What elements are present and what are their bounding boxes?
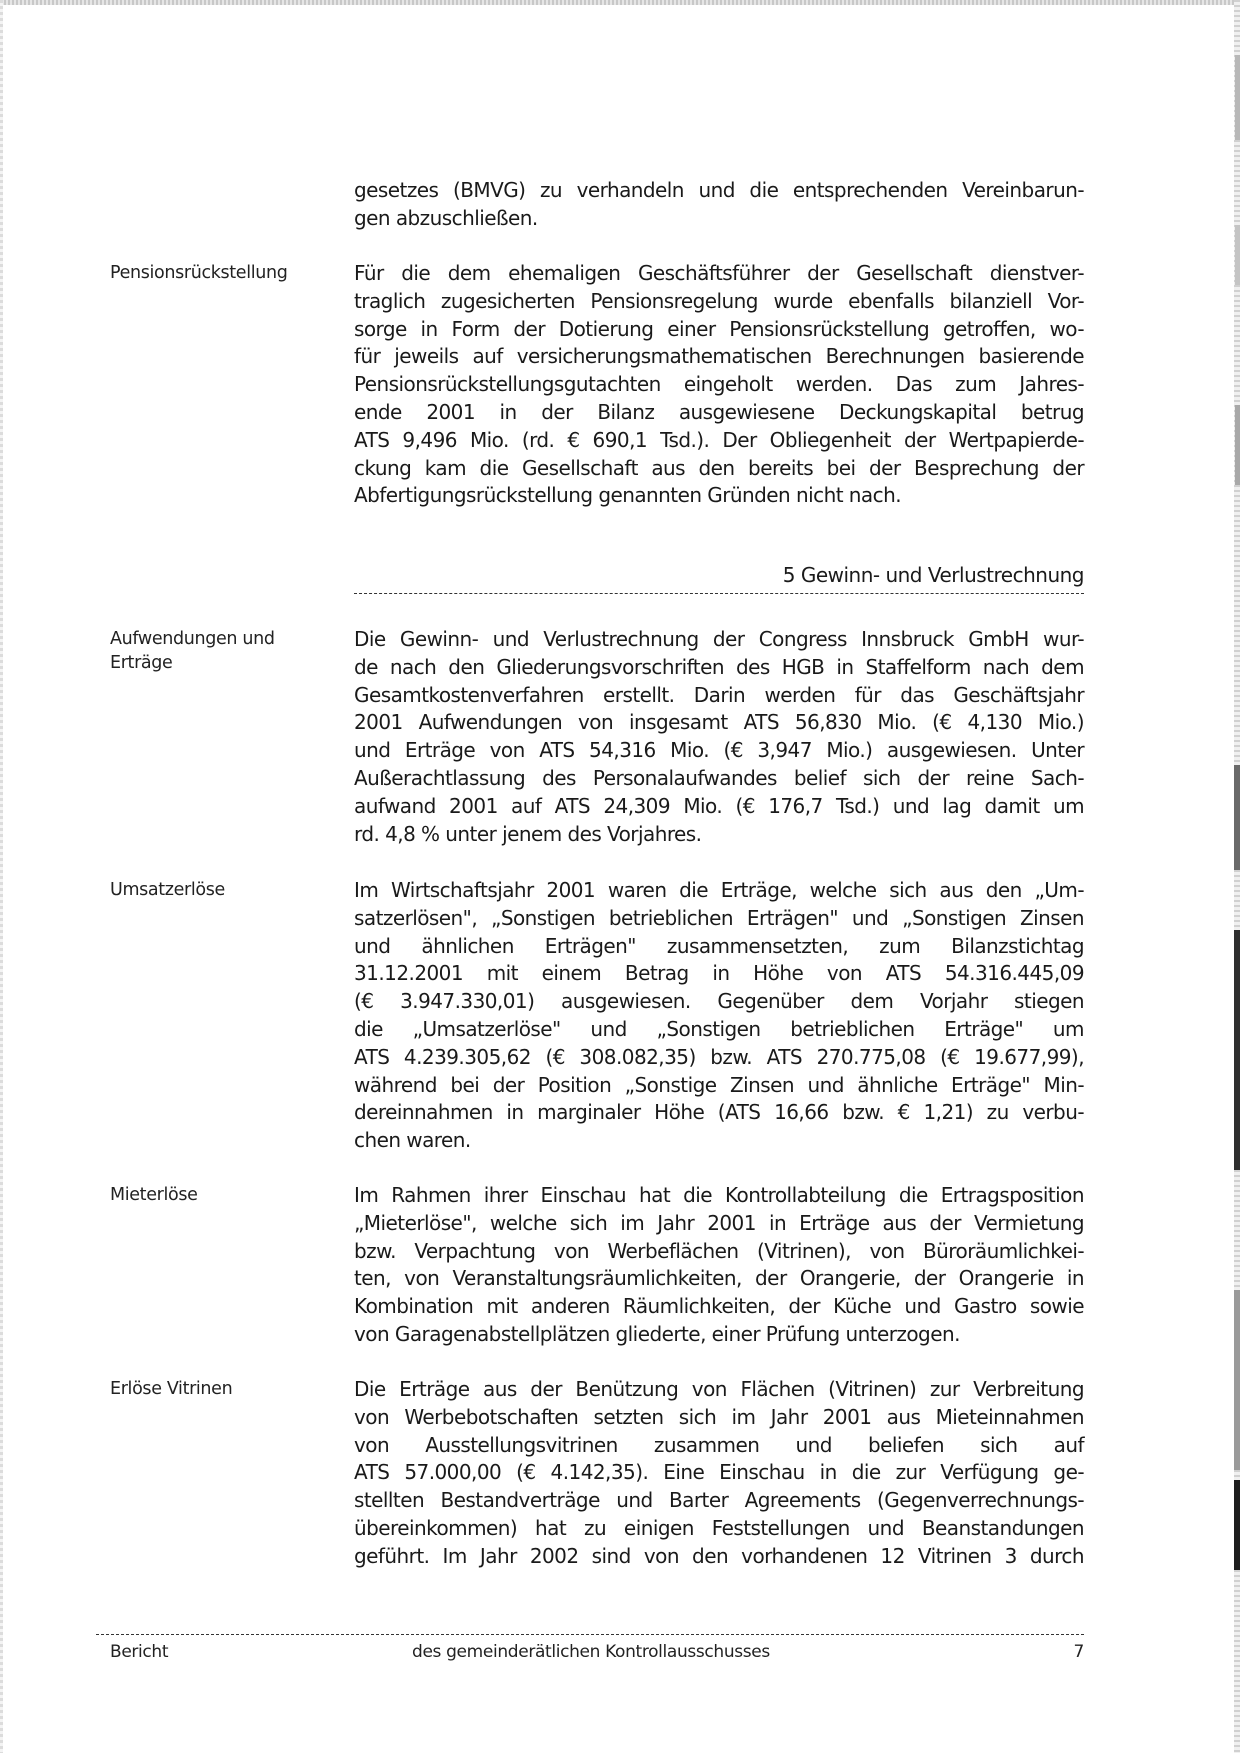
text-line: traglich zugesicherten Pensionsregelung … [354,288,1084,316]
text-line: gesetzes (BMVG) zu verhandeln und die en… [354,177,1084,205]
text-line: ten, von Veranstaltungsräumlichkeiten, d… [354,1265,1084,1293]
text-line: Abfertigungsrückstellung genannten Gründ… [354,482,1084,510]
scan-edge-mark [1234,930,1240,1170]
text-line: Die Erträge aus der Benützung von Fläche… [354,1376,1084,1404]
margin-label-line: Erlöse Vitrinen [110,1377,330,1401]
text-line: chen waren. [354,1127,1084,1155]
text-line: Im Wirtschaftsjahr 2001 waren die Erträg… [354,877,1084,905]
margin-label-line: Mieterlöse [110,1183,330,1207]
margin-label-erloese-vitrinen: Erlöse Vitrinen [110,1377,330,1401]
text-line: Gesamtkostenverfahren erstellt. Darin we… [354,682,1084,710]
paragraph-aufwendungen-und-ertraege: Die Gewinn- und Verlustrechnung der Cong… [354,626,1084,848]
scan-edge-mark [1235,55,1240,140]
text-line: „Mieterlöse", welche sich im Jahr 2001 i… [354,1210,1084,1238]
footer-center-text: des gemeinderätlichen Kontrollausschusse… [412,1642,770,1662]
text-line: Die Gewinn- und Verlustrechnung der Cong… [354,626,1084,654]
text-line: ATS 57.000,00 (€ 4.142,35). Eine Einscha… [354,1459,1084,1487]
scan-edge-mark [1235,225,1240,285]
footer-rule [96,1634,1084,1635]
text-line: Pensionsrückstellungsgutachten eingeholt… [354,371,1084,399]
text-line: übereinkommen) hat zu einigen Feststellu… [354,1515,1084,1543]
text-line: Im Rahmen ihrer Einschau hat die Kontrol… [354,1182,1084,1210]
page-number: 7 [1074,1642,1084,1662]
margin-label-line: Aufwendungen und [110,627,330,651]
scan-edge-mark [1234,765,1240,870]
scan-edge-top [0,0,1240,5]
text-line: Für die dem ehemaligen Geschäftsführer d… [354,260,1084,288]
text-line: ende 2001 in der Bilanz ausgewiesene Dec… [354,399,1084,427]
text-line: sorge in Form der Dotierung einer Pensio… [354,316,1084,344]
text-line: Kombination mit anderen Räumlichkeiten, … [354,1293,1084,1321]
text-line: gen abzuschließen. [354,205,1084,233]
text-line: von Ausstellungsvitrinen zusammen und be… [354,1432,1084,1460]
margin-label-line: Erträge [110,651,330,675]
text-line: und Erträge von ATS 54,316 Mio. (€ 3,947… [354,737,1084,765]
footer-left-text: Bericht [110,1642,168,1662]
text-line: geführt. Im Jahr 2002 sind von den vorha… [354,1543,1084,1571]
text-line: 31.12.2001 mit einem Betrag in Höhe von … [354,960,1084,988]
text-line: aufwand 2001 auf ATS 24,309 Mio. (€ 176,… [354,793,1084,821]
paragraph-umsatzerloese: Im Wirtschaftsjahr 2001 waren die Erträg… [354,877,1084,1155]
text-line: 2001 Aufwendungen von insgesamt ATS 56,8… [354,709,1084,737]
margin-label-line: Umsatzerlöse [110,878,330,902]
text-line: von Garagenabstellplätzen gliederte, ein… [354,1321,1084,1349]
text-line: stellten Bestandverträge und Barter Agre… [354,1487,1084,1515]
text-line: ckung kam die Gesellschaft aus den berei… [354,455,1084,483]
text-line: während bei der Position „Sonstige Zinse… [354,1072,1084,1100]
margin-label-mieterloese: Mieterlöse [110,1183,330,1207]
scan-edge-mark [1235,405,1240,485]
margin-label-umsatzerloese: Umsatzerlöse [110,878,330,902]
text-line: satzerlösen", „Sonstigen betrieblichen E… [354,905,1084,933]
paragraph-mieterloese: Im Rahmen ihrer Einschau hat die Kontrol… [354,1182,1084,1349]
chapter-heading-rule [354,593,1084,594]
scan-edge-left [0,0,3,1753]
text-line: ATS 4.239.305,62 (€ 308.082,35) bzw. ATS… [354,1044,1084,1072]
paragraph-pensionsrueckstellung: Für die dem ehemaligen Geschäftsführer d… [354,260,1084,510]
text-line: die „Umsatzerlöse" und „Sonstigen betrie… [354,1016,1084,1044]
margin-label-aufwendungen-und-ertraege: Aufwendungen und Erträge [110,627,330,675]
intro-paragraph: gesetzes (BMVG) zu verhandeln und die en… [354,177,1084,233]
text-line: (€ 3.947.330,01) ausgewiesen. Gegenüber … [354,988,1084,1016]
text-line: von Werbebotschaften setzten sich im Jah… [354,1404,1084,1432]
paragraph-erloese-vitrinen: Die Erträge aus der Benützung von Fläche… [354,1376,1084,1571]
chapter-heading: 5 Gewinn- und Verlustrechnung [354,563,1084,587]
text-line: de nach den Gliederungsvorschriften des … [354,654,1084,682]
text-line: bzw. Verpachtung von Werbeflächen (Vitri… [354,1238,1084,1266]
text-line: rd. 4,8 % unter jenem des Vorjahres. [354,821,1084,849]
text-line: dereinnahmen in marginaler Höhe (ATS 16,… [354,1099,1084,1127]
text-line: für jeweils auf versicherungsmathematisc… [354,343,1084,371]
margin-label-pensionsrueckstellung: Pensionsrückstellung [110,261,330,285]
text-line: Außerachtlassung des Personalaufwandes b… [354,765,1084,793]
text-line: und ähnlichen Erträgen" zusammensetzten,… [354,933,1084,961]
scan-edge-mark [1234,1290,1240,1470]
scan-edge-mark [1234,1480,1240,1570]
text-line: ATS 9,496 Mio. (rd. € 690,1 Tsd.). Der O… [354,427,1084,455]
